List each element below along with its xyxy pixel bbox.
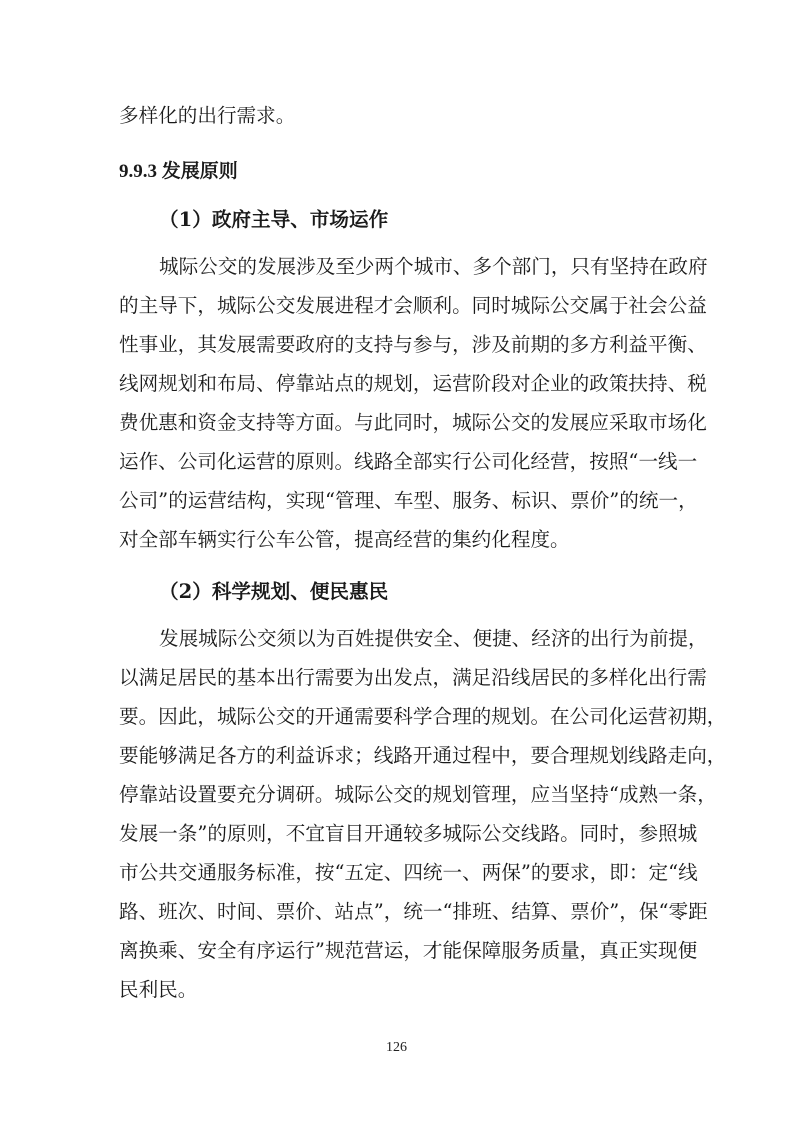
section-heading: 9.9.3 发展原则 [119,160,675,184]
paragraph-2-line: 要。因此，城际公交的开通需要科学合理的规划。在公司化运营初期， [119,705,675,729]
paragraph-1-line: 线网规划和布局、停靠站点的规划，运营阶段对企业的政策扶持、税 [119,372,675,396]
paragraph-2-line: 路、班次、时间、票价、站点”，统一“排班、结算、票价”，保“零距 [119,900,675,924]
paragraph-1-line: 公司”的运营结构，实现“管理、车型、服务、标识、票价”的统一， [119,489,675,513]
paragraph-2-line: 离换乘、安全有序运行”规范营运，才能保障服务质量，真正实现便 [119,939,675,963]
paragraph-1-line: 性事业，其发展需要政府的支持与参与，涉及前期的多方利益平衡、 [119,333,675,357]
paragraph-1-line: 费优惠和资金支持等方面。与此同时，城际公交的发展应采取市场化 [119,411,675,435]
paragraph-2-line: 以满足居民的基本出行需要为出发点，满足沿线居民的多样化出行需 [119,666,675,690]
paragraph-2-line: 停靠站设置要充分调研。城际公交的规划管理，应当坚持“成熟一条， [119,783,675,807]
subsection-heading-1: （1）政府主导、市场运作 [159,208,675,232]
paragraph-2-line: 要能够满足各方的利益诉求；线路开通过程中，要合理规划线路走向， [119,744,675,768]
paragraph-2-line: 民利民。 [119,978,675,1002]
paragraph-1-line: 对全部车辆实行公车公管，提高经营的集约化程度。 [119,528,675,552]
paragraph-2-line: 市公共交通服务标准，按“五定、四统一、两保”的要求，即：定“线 [119,861,675,885]
paragraph-2-line: 发展城际公交须以为百姓提供安全、便捷、经济的出行为前提， [159,627,675,651]
page-number: 126 [0,1040,793,1056]
subsection-heading-2: （2）科学规划、便民惠民 [159,580,675,604]
paragraph-1-line: 城际公交的发展涉及至少两个城市、多个部门，只有坚持在政府 [159,255,675,279]
paragraph-1-line: 运作、公司化运营的原则。线路全部实行公司化经营，按照“一线一 [119,450,675,474]
paragraph-2-line: 发展一条”的原则，不宜盲目开通较多城际公交线路。同时，参照城 [119,822,675,846]
paragraph-1-line: 的主导下，城际公交发展进程才会顺利。同时城际公交属于社会公益 [119,294,675,318]
paragraph-continuation: 多样化的出行需求。 [119,104,675,128]
